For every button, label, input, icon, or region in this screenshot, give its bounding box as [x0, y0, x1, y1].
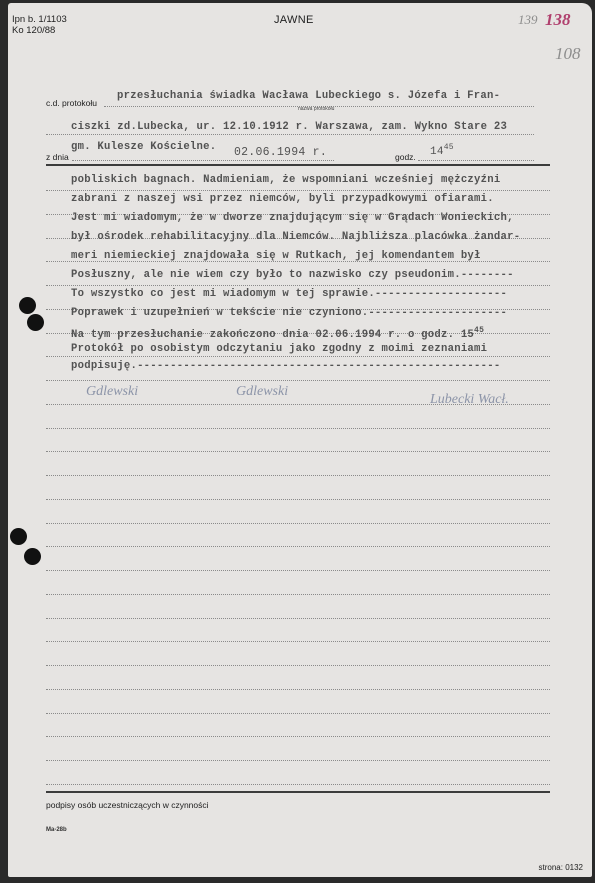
- rule-line: [46, 451, 550, 452]
- punch-hole: [19, 297, 36, 314]
- rule-line: [46, 618, 550, 619]
- signature-interrogator: Gdlewski: [86, 384, 138, 400]
- footer-divider: [46, 791, 550, 793]
- rule-line: [46, 190, 550, 191]
- rule-line: [46, 475, 550, 476]
- protocol-line: gm. Kulesze Kościelne.: [71, 141, 216, 153]
- closing-line: podpisuję.------------------------------…: [71, 360, 500, 372]
- header-divider: [46, 164, 550, 166]
- statement-line: Posłuszny, ale nie wiem czy było to nazw…: [71, 269, 514, 281]
- rule-line: [418, 160, 534, 161]
- punch-hole: [27, 314, 44, 331]
- punch-hole: [10, 528, 27, 545]
- page-number-pencil-bottom: 108: [555, 44, 581, 64]
- statement-line: To wszystko co jest mi wiadomym w tej sp…: [71, 288, 507, 300]
- rule-line: [46, 285, 550, 286]
- form-code: Ma-28b: [46, 827, 67, 833]
- rule-line: [46, 760, 550, 761]
- rule-line: [46, 134, 534, 135]
- date-label: z dnia: [46, 152, 69, 162]
- statement-line: meri niemieckiej znajdowała się w Rutkac…: [71, 250, 481, 262]
- time-value: 1445: [430, 143, 454, 158]
- scan-page-stamp: strona: 0132: [539, 863, 583, 872]
- statement-line: pobliskich bagnach. Nadmieniam, że wspom…: [71, 174, 500, 186]
- statement-line: był ośrodek rehabilitacyjny dla Niemców.…: [71, 231, 520, 243]
- participants-signatures-label: podpisy osób uczestniczących w czynności: [46, 800, 209, 810]
- rule-line: [46, 736, 550, 737]
- protocol-label: c.d. protokołu: [46, 98, 97, 108]
- rule-line: [46, 428, 550, 429]
- protocol-line: przesłuchania świadka Wacława Lubeckiego…: [117, 90, 500, 102]
- page-number-marker: 138: [545, 10, 571, 30]
- rule-line: [46, 546, 550, 547]
- rule-line: [46, 523, 550, 524]
- punch-hole: [24, 548, 41, 565]
- rule-line: [46, 380, 550, 381]
- rule-line: [72, 160, 334, 161]
- rule-line: [46, 594, 550, 595]
- signature-recorder: Gdlewski: [236, 384, 288, 400]
- rule-line: [46, 356, 550, 357]
- archive-reference: Ipn b. 1/1103: [12, 14, 67, 25]
- case-reference: Ko 120/88: [12, 25, 55, 36]
- rule-line: [46, 689, 550, 690]
- statement-line: Jest mi wiadomym, że w dworze znajdujący…: [71, 212, 514, 224]
- rule-line: [46, 713, 550, 714]
- protocol-caption: nazwa protokołu: [298, 106, 334, 112]
- page-number-pencil-top: 139: [518, 12, 538, 28]
- statement-line: Poprawek i uzupełnień w tekście nie czyn…: [71, 307, 507, 319]
- closing-line: Protokół po osobistym odczytaniu jako zg…: [71, 343, 487, 355]
- rule-line: [46, 641, 550, 642]
- protocol-line: ciszki zd.Lubecka, ur. 12.10.1912 r. War…: [71, 121, 507, 133]
- rule-line: [46, 665, 550, 666]
- time-label: godz.: [395, 152, 416, 162]
- rule-line: [46, 784, 550, 785]
- signature-witness: Lubecki Wacł.: [430, 392, 509, 408]
- statement-line: zabrani z naszej wsi przez niemców, byli…: [71, 193, 494, 205]
- date-value: 02.06.1994 r.: [234, 146, 327, 159]
- classification-label: JAWNE: [274, 14, 314, 26]
- closing-line: Na tym przesłuchanie zakończono dnia 02.…: [71, 326, 484, 341]
- rule-line: [46, 570, 550, 571]
- rule-line: [46, 499, 550, 500]
